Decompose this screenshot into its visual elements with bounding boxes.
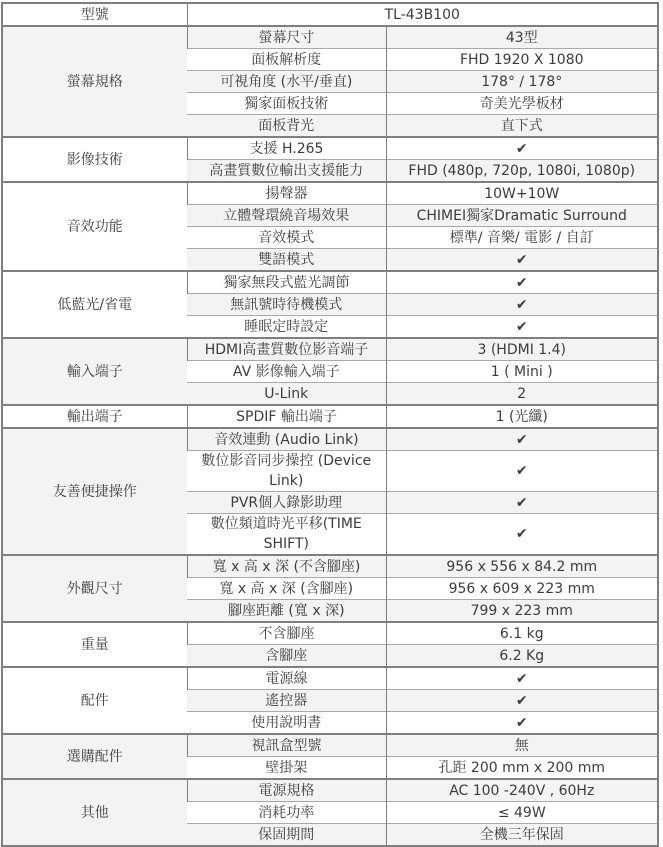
spec-name: 數位頻道時光平移(TIME SHIFT) bbox=[187, 514, 386, 556]
spec-row: 輸入端子HDMI高畫質數位影音端子3 (HDMI 1.4) bbox=[2, 338, 658, 361]
spec-name: 獨家無段式藍光調節 bbox=[187, 271, 386, 294]
spec-name: U-Link bbox=[187, 383, 386, 406]
spec-name: 支援 H.265 bbox=[187, 137, 386, 160]
spec-value: FHD 1920 X 1080 bbox=[386, 49, 658, 71]
spec-row: 選購配件視訊盒型號無 bbox=[2, 734, 658, 757]
check-mark-icon: ✔ bbox=[386, 316, 658, 339]
spec-row: 外觀尺寸寬 x 高 x 深 (不含腳座)956 x 556 x 84.2 mm bbox=[2, 555, 658, 578]
check-mark-icon: ✔ bbox=[386, 514, 658, 556]
spec-value: 2 bbox=[386, 383, 658, 406]
spec-name: PVR個人錄影助理 bbox=[187, 492, 386, 514]
spec-value: 1 (光纖) bbox=[386, 405, 658, 428]
spec-row: 型號TL-43B100 bbox=[2, 3, 658, 26]
spec-value: 奇美光學板材 bbox=[386, 93, 658, 115]
check-mark-icon: ✔ bbox=[386, 271, 658, 294]
spec-row: 重量不含腳座6.1 kg bbox=[2, 622, 658, 645]
spec-name: 寬 x 高 x 深 (含腳座) bbox=[187, 578, 386, 600]
spec-row: 輸出端子SPDIF 輸出端子1 (光纖) bbox=[2, 405, 658, 428]
spec-value: 6.1 kg bbox=[386, 622, 658, 645]
spec-name: 壁掛架 bbox=[187, 757, 386, 780]
spec-value: 標準/ 音樂/ 電影 / 自訂 bbox=[386, 227, 658, 249]
check-mark-icon: ✔ bbox=[386, 294, 658, 316]
spec-value: 全機三年保固 bbox=[386, 824, 658, 847]
spec-value: 956 x 556 x 84.2 mm bbox=[386, 555, 658, 578]
section-label: 型號 bbox=[2, 3, 187, 26]
spec-name: 可視角度 (水平/垂直) bbox=[187, 71, 386, 93]
spec-name: SPDIF 輸出端子 bbox=[187, 405, 386, 428]
spec-row: 低藍光/省電獨家無段式藍光調節✔ bbox=[2, 271, 658, 294]
spec-name: 腳座距離 (寬 x 深) bbox=[187, 600, 386, 623]
section-label: 配件 bbox=[2, 667, 187, 734]
model-value: TL-43B100 bbox=[187, 3, 658, 26]
spec-name: 使用說明書 bbox=[187, 712, 386, 735]
spec-row: 友善便捷操作音效連動 (Audio Link)✔ bbox=[2, 428, 658, 451]
section-label: 影像技術 bbox=[2, 137, 187, 182]
spec-name: 螢幕尺寸 bbox=[187, 26, 386, 49]
spec-name: 不含腳座 bbox=[187, 622, 386, 645]
spec-value: 3 (HDMI 1.4) bbox=[386, 338, 658, 361]
check-mark-icon: ✔ bbox=[386, 428, 658, 451]
spec-sheet: 型號TL-43B100螢幕規格螢幕尺寸43型面板解析度FHD 1920 X 10… bbox=[0, 0, 663, 847]
section-label: 輸入端子 bbox=[2, 338, 187, 405]
section-label: 友善便捷操作 bbox=[2, 428, 187, 555]
spec-value: 6.2 Kg bbox=[386, 645, 658, 668]
spec-name: 電源規格 bbox=[187, 779, 386, 802]
spec-name: 遙控器 bbox=[187, 690, 386, 712]
spec-name: 寬 x 高 x 深 (不含腳座) bbox=[187, 555, 386, 578]
spec-name: 面板解析度 bbox=[187, 49, 386, 71]
spec-row: 影像技術支援 H.265✔ bbox=[2, 137, 658, 160]
spec-name: AV 影像輸入端子 bbox=[187, 361, 386, 383]
spec-name: 數位影音同步操控 (Device Link) bbox=[187, 451, 386, 492]
spec-name: 音效模式 bbox=[187, 227, 386, 249]
spec-name: 獨家面板技術 bbox=[187, 93, 386, 115]
check-mark-icon: ✔ bbox=[386, 690, 658, 712]
spec-value: CHIMEI獨家Dramatic Surround bbox=[386, 205, 658, 227]
check-mark-icon: ✔ bbox=[386, 137, 658, 160]
spec-table-body: 型號TL-43B100螢幕規格螢幕尺寸43型面板解析度FHD 1920 X 10… bbox=[2, 3, 658, 846]
spec-value: ≤ 49W bbox=[386, 802, 658, 824]
spec-name: 睡眠定時設定 bbox=[187, 316, 386, 339]
spec-name: 高畫質數位輸出支援能力 bbox=[187, 160, 386, 183]
spec-value: 直下式 bbox=[386, 115, 658, 138]
spec-row: 音效功能揚聲器10W+10W bbox=[2, 182, 658, 205]
check-mark-icon: ✔ bbox=[386, 667, 658, 690]
check-mark-icon: ✔ bbox=[386, 249, 658, 272]
spec-name: 無訊號時待機模式 bbox=[187, 294, 386, 316]
section-label: 低藍光/省電 bbox=[2, 271, 187, 338]
check-mark-icon: ✔ bbox=[386, 451, 658, 492]
spec-name: 保固期間 bbox=[187, 824, 386, 847]
spec-name: 揚聲器 bbox=[187, 182, 386, 205]
spec-name: HDMI高畫質數位影音端子 bbox=[187, 338, 386, 361]
spec-value: 10W+10W bbox=[386, 182, 658, 205]
spec-value: 799 x 223 mm bbox=[386, 600, 658, 623]
section-label: 選購配件 bbox=[2, 734, 187, 779]
spec-name: 視訊盒型號 bbox=[187, 734, 386, 757]
spec-row: 配件電源線✔ bbox=[2, 667, 658, 690]
spec-value: 1 ( Mini ) bbox=[386, 361, 658, 383]
spec-table: 型號TL-43B100螢幕規格螢幕尺寸43型面板解析度FHD 1920 X 10… bbox=[1, 2, 659, 847]
section-label: 輸出端子 bbox=[2, 405, 187, 428]
section-label: 外觀尺寸 bbox=[2, 555, 187, 622]
spec-value: 43型 bbox=[386, 26, 658, 49]
section-label: 重量 bbox=[2, 622, 187, 667]
spec-row: 其他電源規格AC 100 -240V , 60Hz bbox=[2, 779, 658, 802]
section-label: 螢幕規格 bbox=[2, 26, 187, 137]
spec-value: AC 100 -240V , 60Hz bbox=[386, 779, 658, 802]
spec-value: FHD (480p, 720p, 1080i, 1080p) bbox=[386, 160, 658, 183]
spec-value: 無 bbox=[386, 734, 658, 757]
spec-name: 雙語模式 bbox=[187, 249, 386, 272]
spec-name: 含腳座 bbox=[187, 645, 386, 668]
check-mark-icon: ✔ bbox=[386, 712, 658, 735]
check-mark-icon: ✔ bbox=[386, 492, 658, 514]
spec-name: 音效連動 (Audio Link) bbox=[187, 428, 386, 451]
spec-name: 面板背光 bbox=[187, 115, 386, 138]
spec-value: 178° / 178° bbox=[386, 71, 658, 93]
spec-name: 立體聲環繞音場效果 bbox=[187, 205, 386, 227]
spec-value: 956 x 609 x 223 mm bbox=[386, 578, 658, 600]
spec-value: 孔距 200 mm x 200 mm bbox=[386, 757, 658, 780]
section-label: 音效功能 bbox=[2, 182, 187, 271]
spec-name: 電源線 bbox=[187, 667, 386, 690]
spec-row: 螢幕規格螢幕尺寸43型 bbox=[2, 26, 658, 49]
page: { "colors": { "border_dark": "#7f7f7f", … bbox=[0, 0, 663, 847]
spec-name: 消耗功率 bbox=[187, 802, 386, 824]
